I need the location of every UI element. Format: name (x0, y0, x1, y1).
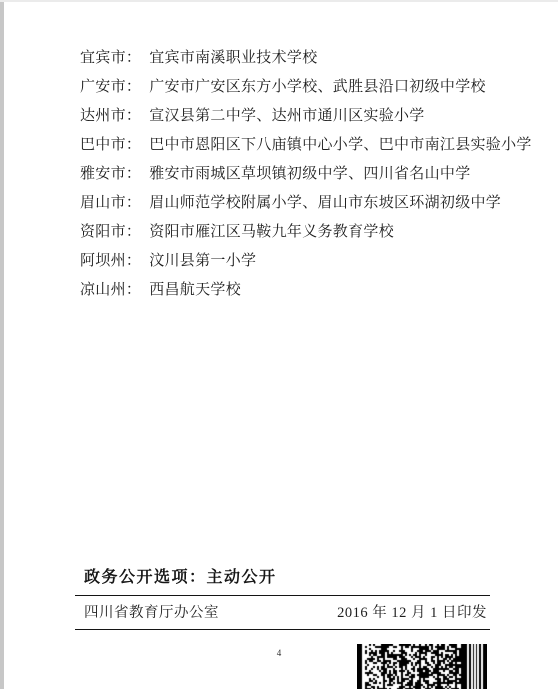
school-names: 宜宾市南溪职业技术学校 (149, 50, 317, 66)
school-names: 资阳市雁江区马鞍九年义务教育学校 (149, 224, 394, 240)
region-label: 阿坝州： (80, 253, 141, 269)
region-label: 凉山州： (80, 282, 141, 298)
region-label: 达州市： (80, 108, 141, 124)
school-names: 西昌航天学校 (149, 282, 241, 298)
school-names: 宣汉县第二中学、达州市通川区实验小学 (149, 108, 424, 124)
list-item: 资阳市：资阳市雁江区马鞍九年义务教育学校 (80, 218, 532, 247)
list-item: 阿坝州：汶川县第一小学 (80, 247, 532, 276)
print-date: 2016 年 12 月 1 日印发 (337, 602, 487, 624)
region-label: 宜宾市： (80, 50, 141, 66)
list-item: 巴中市：巴中市恩阳区下八庙镇中心小学、巴中市南江县实验小学 (80, 131, 532, 160)
school-names: 汶川县第一小学 (149, 253, 256, 269)
list-item: 达州市：宣汉县第二中学、达州市通川区实验小学 (80, 102, 532, 131)
barcode-image (357, 644, 487, 689)
school-names: 巴中市恩阳区下八庙镇中心小学、巴中市南江县实验小学 (149, 137, 532, 153)
region-label: 资阳市： (80, 224, 141, 240)
page-top-edge (0, 0, 558, 2)
issuer-office: 四川省教育厅办公室 (84, 602, 219, 624)
list-item: 广安市：广安市广安区东方小学校、武胜县沿口初级中学校 (80, 73, 532, 102)
school-names: 眉山师范学校附属小学、眉山市东坡区环湖初级中学 (149, 195, 501, 211)
school-list: 宜宾市：宜宾市南溪职业技术学校广安市：广安市广安区东方小学校、武胜县沿口初级中学… (80, 44, 532, 305)
region-label: 雅安市： (80, 166, 141, 182)
region-label: 巴中市： (80, 137, 141, 153)
list-item: 雅安市：雅安市雨城区草坝镇初级中学、四川省名山中学 (80, 160, 532, 189)
divider-top (75, 595, 490, 596)
school-names: 广安市广安区东方小学校、武胜县沿口初级中学校 (149, 79, 486, 95)
divider-bottom (75, 629, 490, 630)
document-page: 宜宾市：宜宾市南溪职业技术学校广安市：广安市广安区东方小学校、武胜县沿口初级中学… (0, 0, 558, 689)
page-left-edge (0, 0, 4, 689)
disclosure-line: 政务公开选项：主动公开 (84, 564, 277, 587)
issuer-row: 四川省教育厅办公室 2016 年 12 月 1 日印发 (84, 602, 487, 624)
region-label: 广安市： (80, 79, 141, 95)
region-label: 眉山市： (80, 195, 141, 211)
list-item: 凉山州：西昌航天学校 (80, 276, 532, 305)
school-names: 雅安市雨城区草坝镇初级中学、四川省名山中学 (149, 166, 470, 182)
list-item: 眉山市：眉山师范学校附属小学、眉山市东坡区环湖初级中学 (80, 189, 532, 218)
list-item: 宜宾市：宜宾市南溪职业技术学校 (80, 44, 532, 73)
